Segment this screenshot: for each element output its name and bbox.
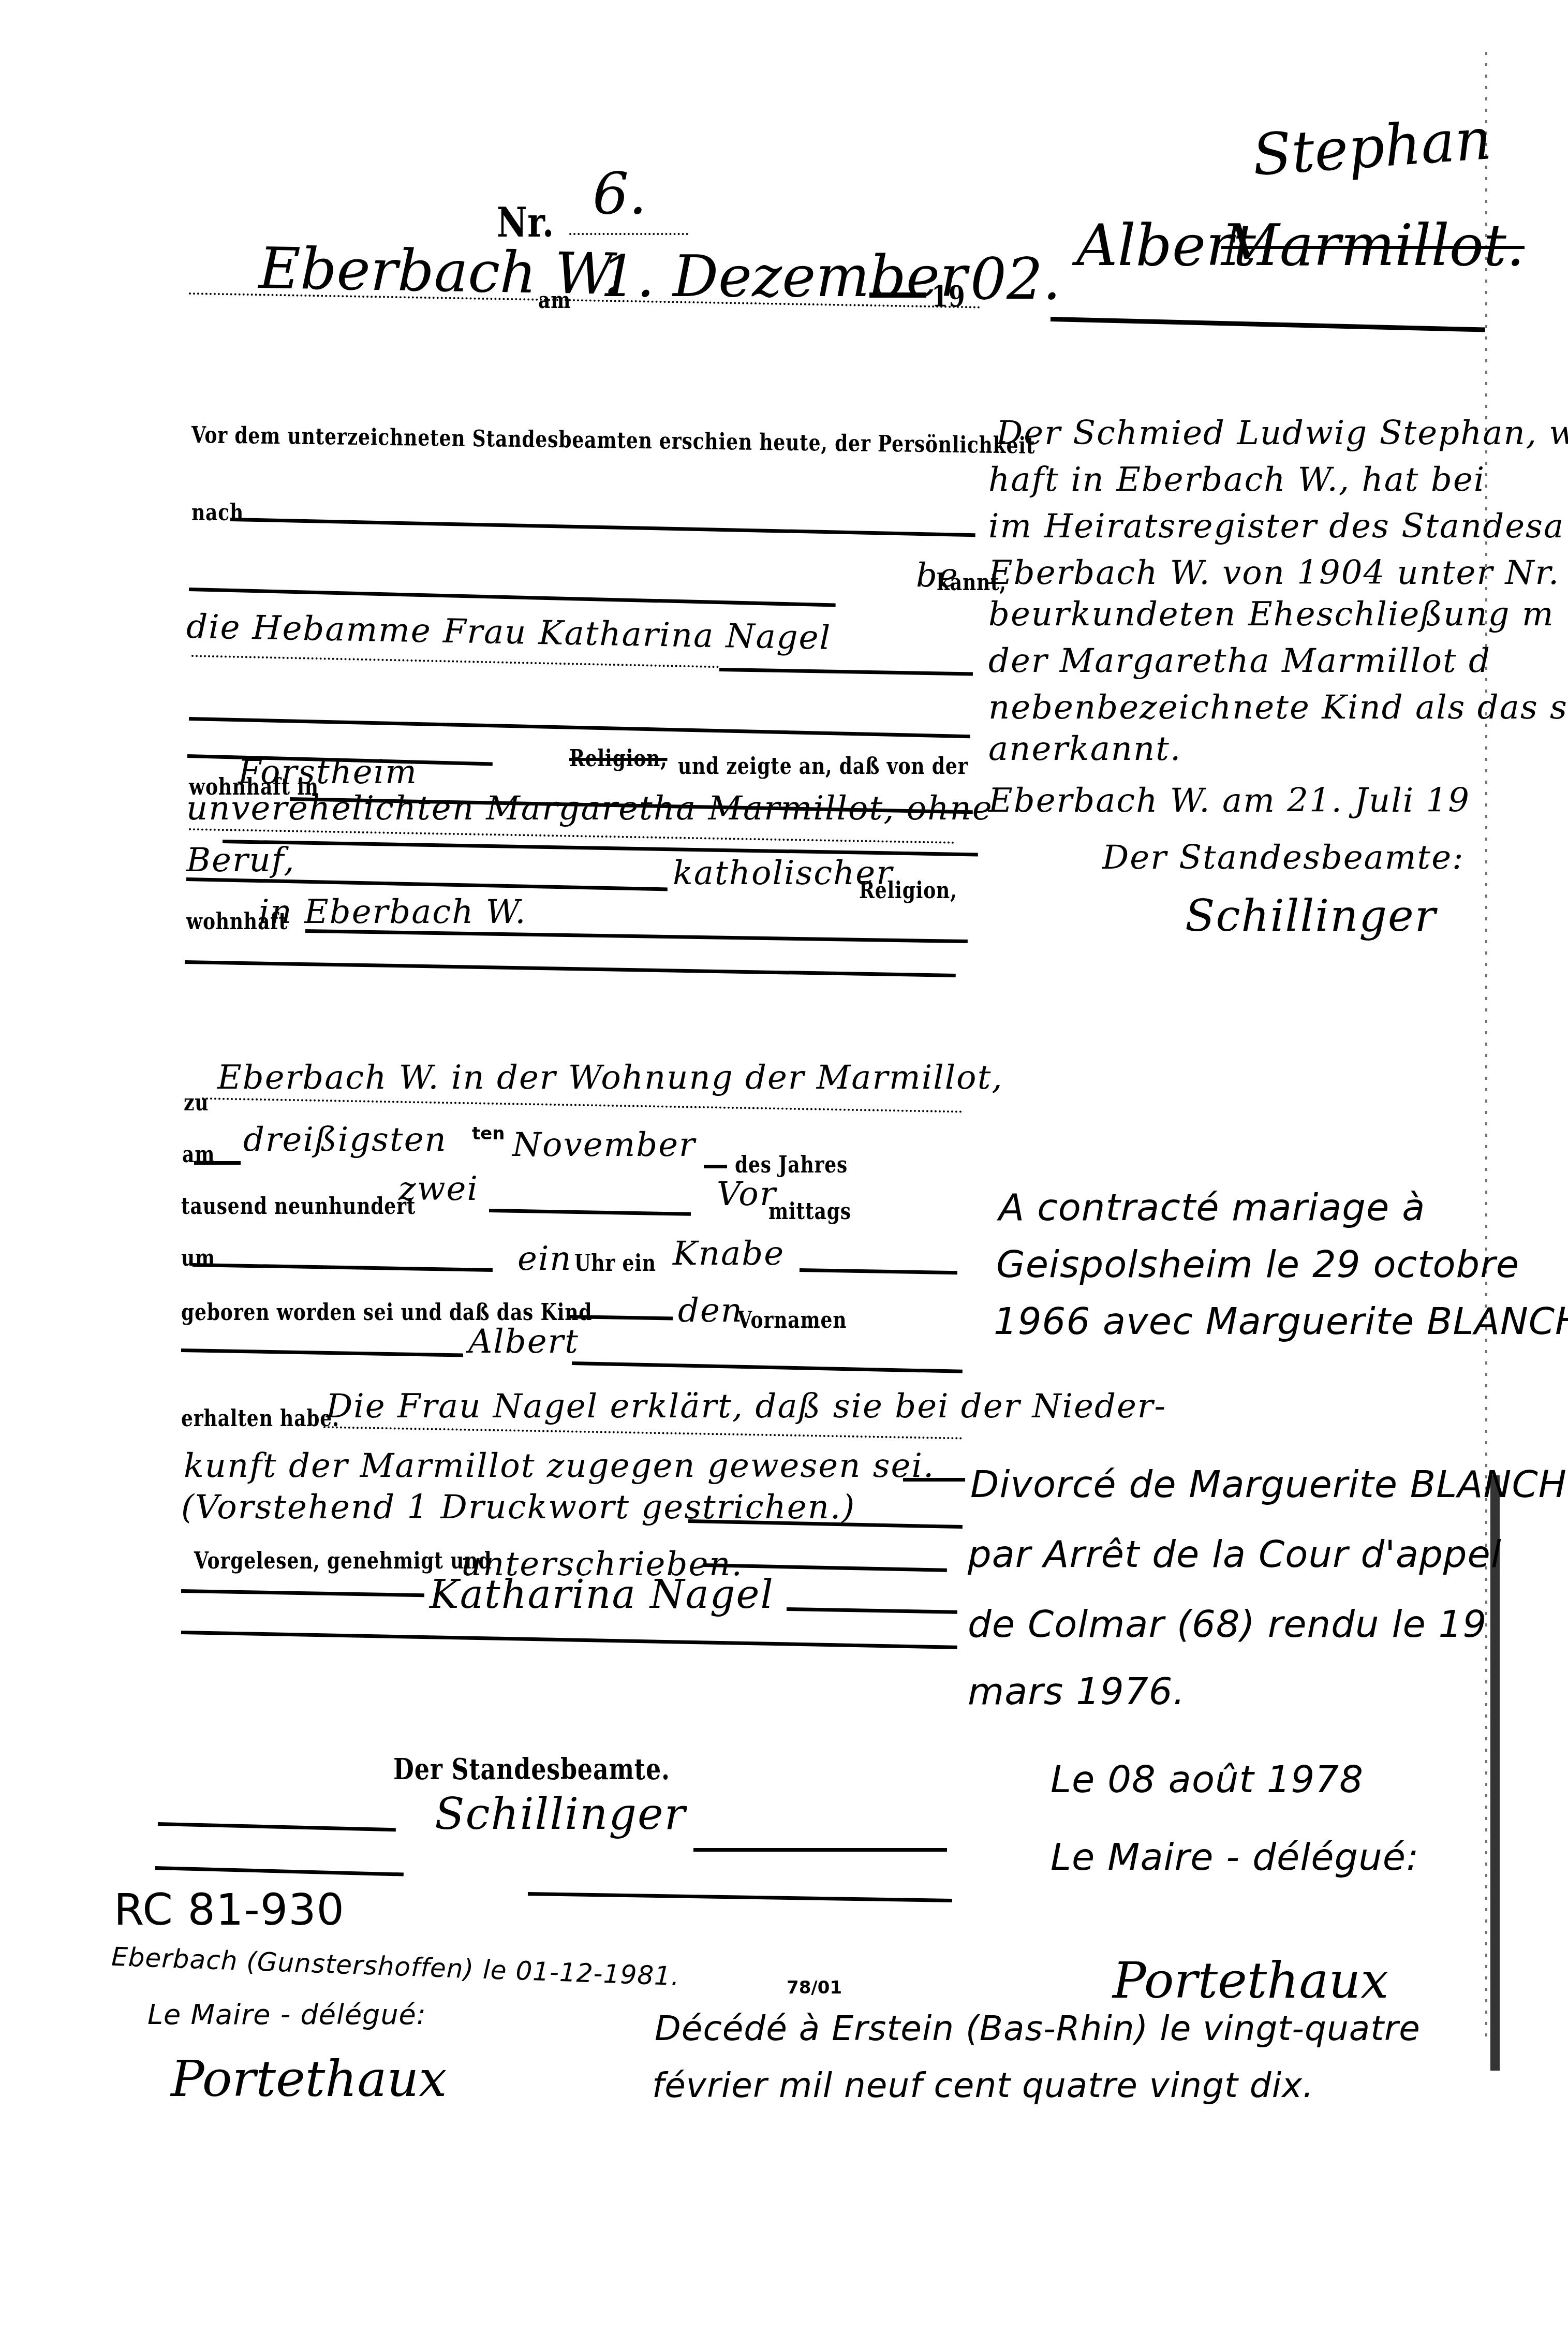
- form-dotline: [202, 1097, 963, 1113]
- vornamen-label: Vornamen: [737, 1307, 847, 1333]
- form-rule: [194, 1161, 241, 1165]
- religion-label: Religion,: [859, 877, 957, 904]
- divorce-line-3: de Colmar (68) rendu le 19: [968, 1602, 1487, 1646]
- divorce-line-2: par Arrêt de la Cour d'appel: [968, 1532, 1502, 1576]
- legit-line-4: Eberbach W. von 1904 unter Nr.: [988, 554, 1560, 592]
- form-rule: [181, 1589, 424, 1597]
- form-rule: [787, 1607, 957, 1614]
- geboren-label: geboren worden sei und daß das Kind: [181, 1299, 592, 1326]
- vorgelesen-label: Vorgelesen, genehmigt und: [194, 1548, 492, 1574]
- remark-line-2: kunft der Marmillot zugegen gewesen sei.: [184, 1447, 935, 1485]
- mittags-label: mittags: [768, 1198, 851, 1225]
- form-rule: [230, 518, 975, 537]
- form-rule: [903, 1478, 965, 1482]
- official-title: Der Standesbeamte.: [393, 1752, 670, 1786]
- mother-occupation: Beruf,: [186, 841, 295, 879]
- rc-official-title: Le Maire - délégué:: [147, 1998, 426, 2031]
- legit-official-title: Der Standesbeamte:: [1102, 839, 1465, 877]
- header-date-rule: [869, 292, 926, 298]
- legit-line-8: anerkannt.: [988, 730, 1181, 768]
- legit-line-6: der Margaretha Marmillot d: [988, 642, 1491, 680]
- birth-place: Eberbach W. in der Wohnung der Marmillot…: [217, 1059, 1003, 1097]
- religion-struck: Religion,: [569, 745, 668, 772]
- marriage-line-1: A contracté mariage à: [999, 1185, 1425, 1229]
- birth-day-suffix: ten: [472, 1123, 505, 1144]
- legit-line-5: beurkundeten Eheschließung m: [988, 595, 1555, 634]
- margin-surname-struck: Marmillot.: [1221, 212, 1525, 278]
- form-intro-line: Vor dem unterzeichneten Standesbeamten e…: [191, 422, 1036, 459]
- divorce-line-4: mars 1976.: [968, 1669, 1185, 1713]
- mother-description: unverehelichten Margaretha Marmillot, oh…: [186, 789, 993, 828]
- zeigte-an-text: und zeigte an, daß von der: [678, 753, 968, 780]
- death-line-2: février mil neuf cent quatre vingt dix.: [652, 2065, 1314, 2105]
- margin-surname-added: Stephan: [1250, 106, 1493, 188]
- form-rule: [489, 1209, 691, 1216]
- form-rule: [193, 1263, 493, 1272]
- nach-label: nach: [191, 500, 244, 526]
- den-hand: den: [678, 1292, 743, 1330]
- form-rule: [719, 668, 973, 676]
- legit-signature: Schillinger: [1185, 890, 1437, 941]
- remark-line-1: Die Frau Nagel erklärt, daß sie bei der …: [326, 1387, 1166, 1426]
- uhr-ein-label: Uhr ein: [574, 1250, 656, 1277]
- mother-residence: in Eberbach W.: [259, 893, 527, 931]
- official-signature: Schillinger: [435, 1788, 686, 1839]
- rc-signature: Portethaux: [171, 2050, 447, 2108]
- birth-register-page: Nr. 6. Eberbach W. am 1. Dezember 19 02.…: [0, 0, 1568, 2331]
- form-rule: [181, 1631, 957, 1649]
- erhalten-label: erhalten habe.: [181, 1405, 339, 1432]
- vor-mittags-hand: Vor: [717, 1175, 776, 1213]
- form-dotline: [323, 1426, 963, 1440]
- divorce-date: Le 08 août 1978: [1051, 1757, 1364, 1801]
- child-sex: Knabe: [673, 1235, 785, 1273]
- child-given-name: Albert: [468, 1323, 579, 1361]
- form-rule: [800, 1268, 957, 1274]
- form-rule: [693, 1848, 947, 1852]
- legit-line-3: im Heiratsregister des Standesa: [988, 507, 1564, 546]
- form-rule: [189, 717, 970, 738]
- um-label: um: [181, 1245, 215, 1271]
- form-rule: [186, 877, 668, 891]
- record-number-dotline: [569, 233, 688, 235]
- header-year-prefix: 19: [931, 280, 966, 314]
- birth-hour: ein: [517, 1240, 572, 1278]
- death-line-1: Décédé à Erstein (Bas-Rhin) le vingt-qua…: [655, 2009, 1421, 2048]
- form-rule: [704, 1165, 727, 1168]
- birth-year-word: zwei: [398, 1170, 479, 1208]
- record-number-value: 6.: [593, 160, 647, 227]
- header-date: 1. Dezember: [600, 243, 967, 310]
- legit-line-1: Der Schmied Ludwig Stephan, w: [996, 414, 1568, 452]
- form-dotline: [191, 655, 719, 668]
- form-rule: [305, 929, 968, 943]
- informant-name: die Hebamme Frau Katharina Nagel: [186, 608, 831, 657]
- informant-signature: Katharina Nagel: [430, 1571, 774, 1617]
- form-rule: [181, 1348, 463, 1357]
- divorce-official-title: Le Maire - délégué:: [1051, 1835, 1419, 1879]
- divorce-line-1: Divorcé de Marguerite BLANCH: [970, 1462, 1567, 1506]
- form-rule: [572, 1361, 963, 1373]
- margin-name-rule: [1051, 317, 1485, 332]
- form-rule: [189, 588, 836, 607]
- form-rule: [155, 1866, 404, 1876]
- form-rule: [528, 1892, 952, 1902]
- divorce-signature: Portethaux: [1113, 1952, 1388, 2010]
- form-code: 78/01: [787, 1977, 842, 1998]
- des-jahres-label: des Jahres: [735, 1152, 848, 1178]
- form-rule: [185, 960, 956, 977]
- birth-day: dreißigsten: [243, 1121, 447, 1159]
- tausend-label: tausend neunhundert: [181, 1193, 416, 1220]
- rc-place-date: Eberbach (Gunstershoffen) le 01-12-1981.: [111, 1942, 680, 1991]
- legit-line-7: nebenbezeichnete Kind als das s: [988, 688, 1568, 727]
- rc-reference: RC 81-930: [114, 1884, 345, 1935]
- birth-month: November: [512, 1126, 696, 1164]
- marriage-line-2: Geispolsheim le 29 octobre: [996, 1242, 1519, 1286]
- legit-line-2: haft in Eberbach W., hat bei: [988, 461, 1485, 499]
- header-year-suffix: 02.: [970, 246, 1061, 312]
- zu-label: zu: [184, 1090, 209, 1116]
- form-rule: [158, 1822, 396, 1831]
- legit-place-date: Eberbach W. am 21. Juli 19: [988, 782, 1470, 820]
- marriage-line-3: 1966 avec Marguerite BLANCH: [994, 1299, 1568, 1343]
- page-edge-shadow: [1485, 52, 1487, 2045]
